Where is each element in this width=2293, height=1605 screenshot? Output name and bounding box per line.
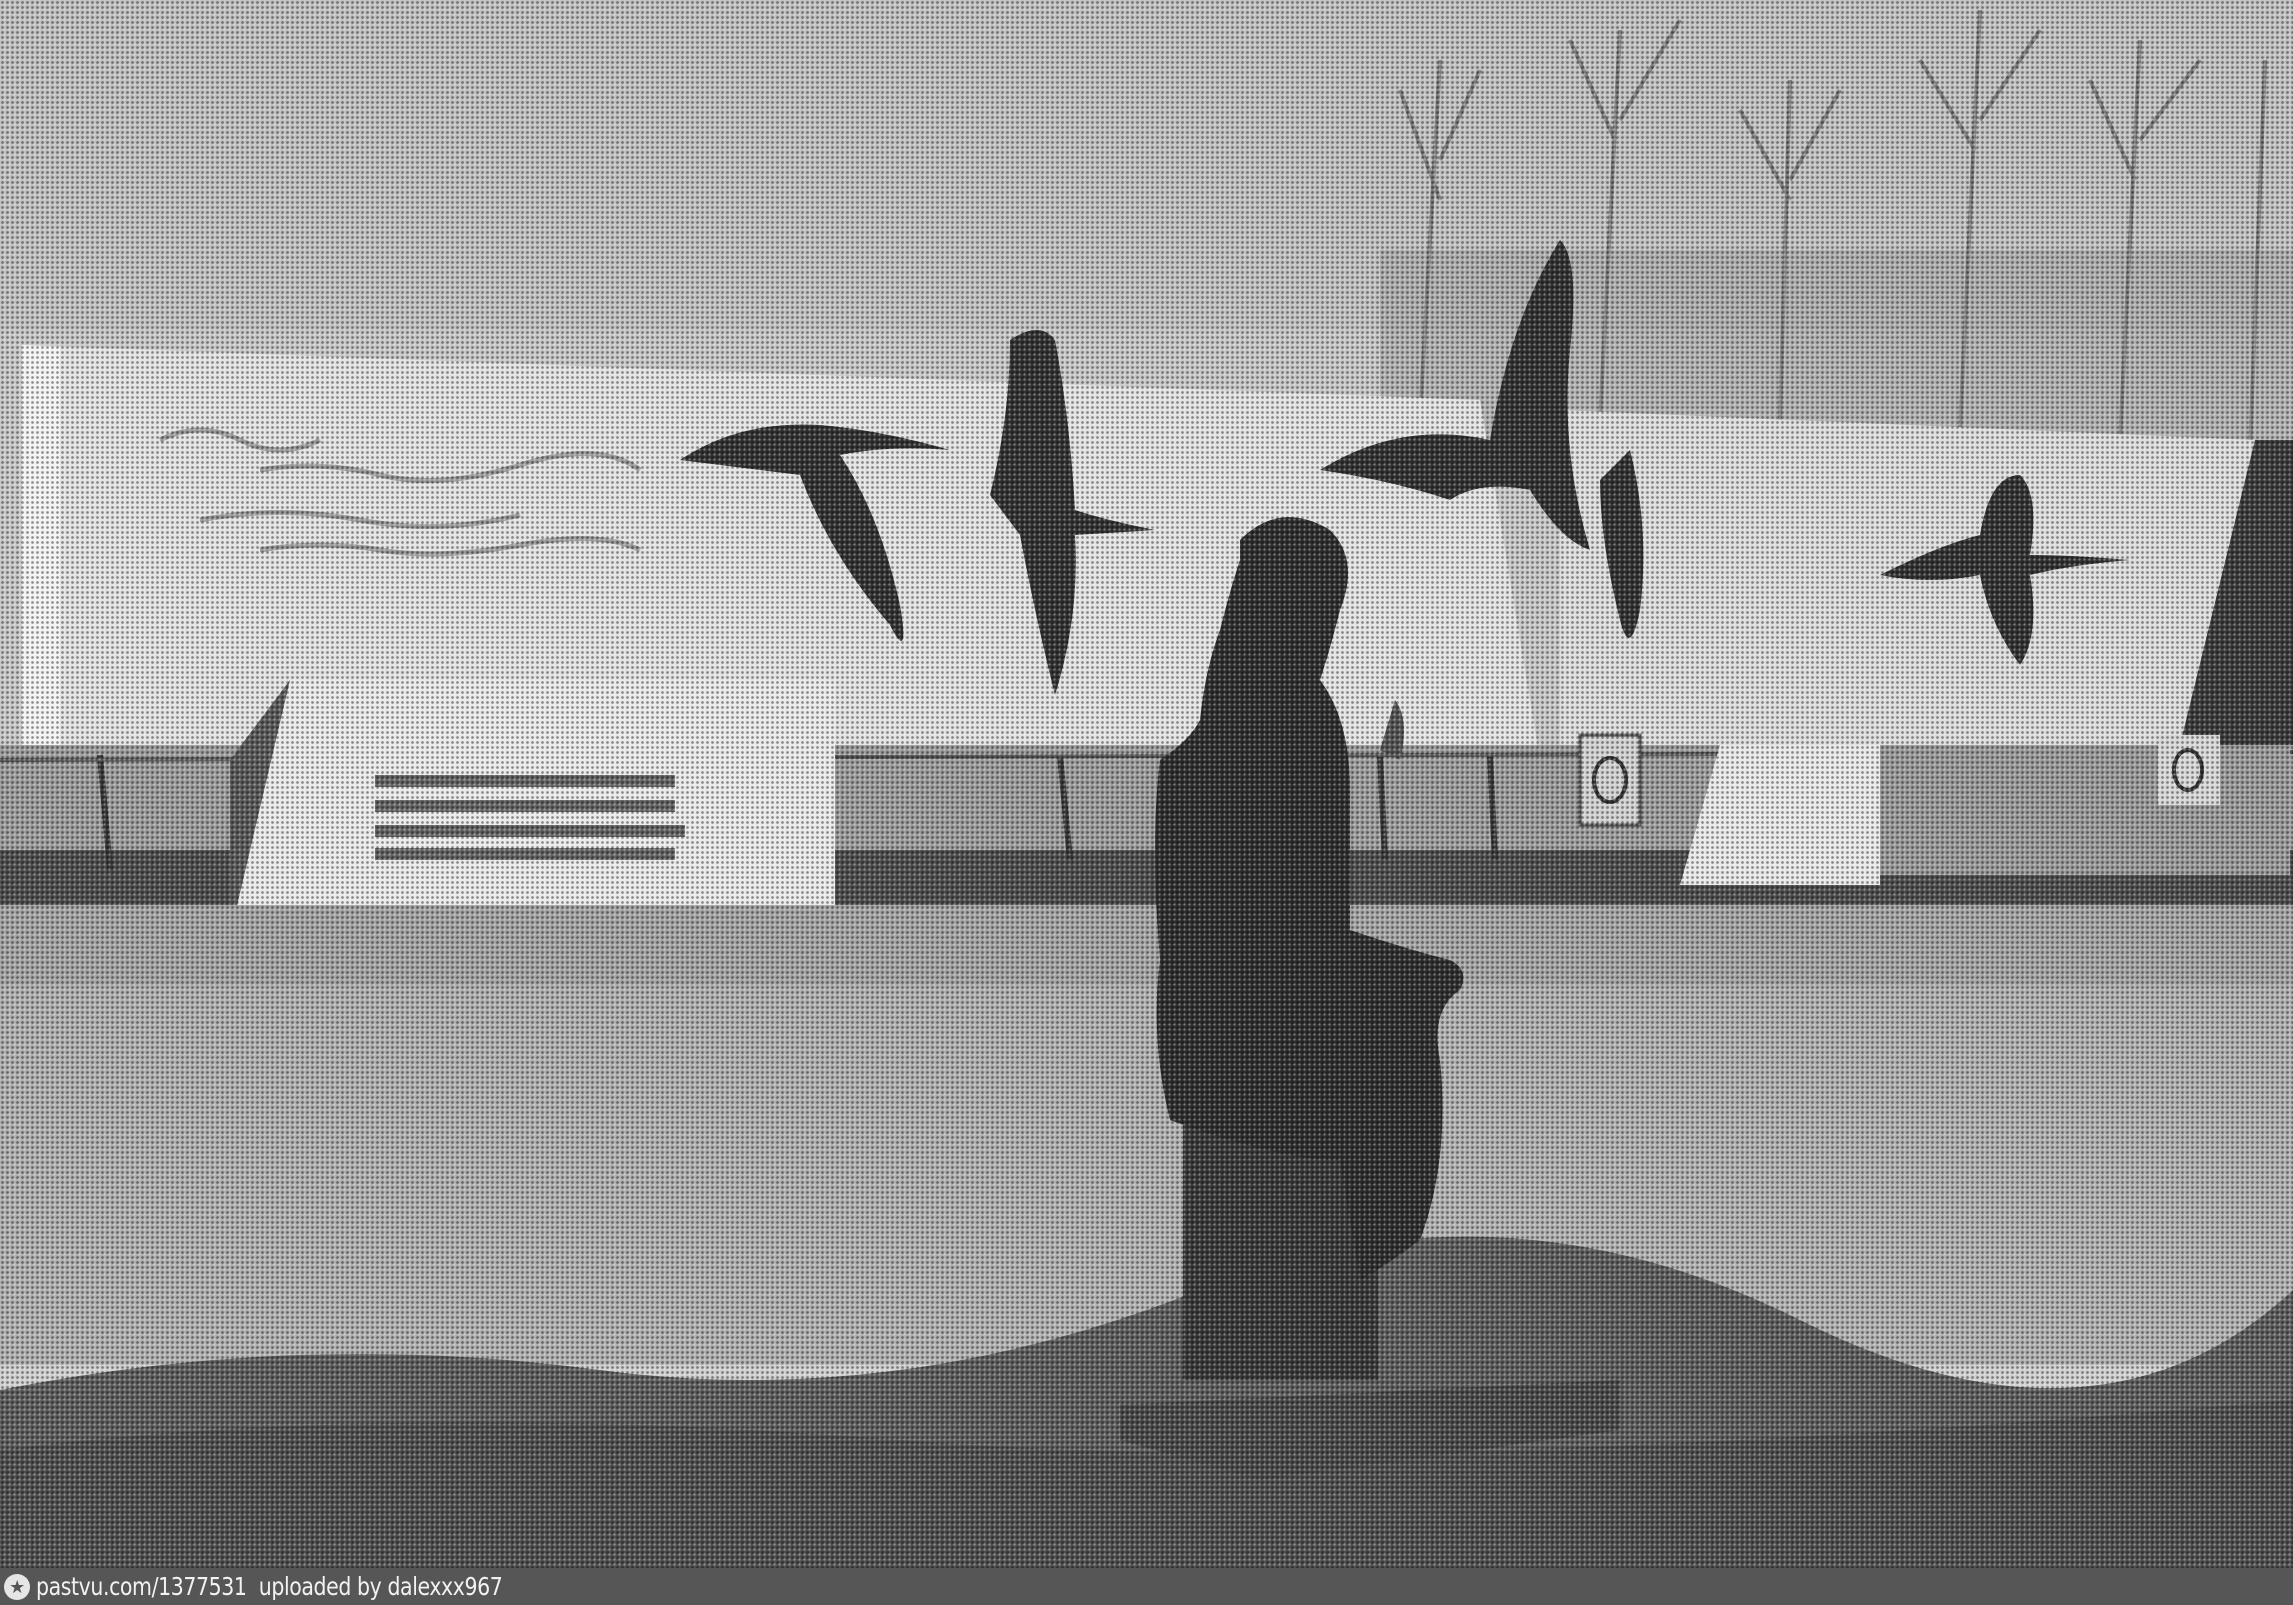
- memorial-photo: [0, 0, 2293, 1568]
- star-circle-icon: ★: [4, 1574, 30, 1600]
- memorial-scene: [0, 0, 2293, 1568]
- emblem-right: [2158, 735, 2220, 805]
- emblem-left: [1580, 735, 1640, 825]
- watermark-text[interactable]: pastvu.com/1377531 uploaded by dalexxx96…: [36, 1572, 502, 1601]
- watermark-bar: ★ pastvu.com/1377531 uploaded by dalexxx…: [0, 1568, 2293, 1605]
